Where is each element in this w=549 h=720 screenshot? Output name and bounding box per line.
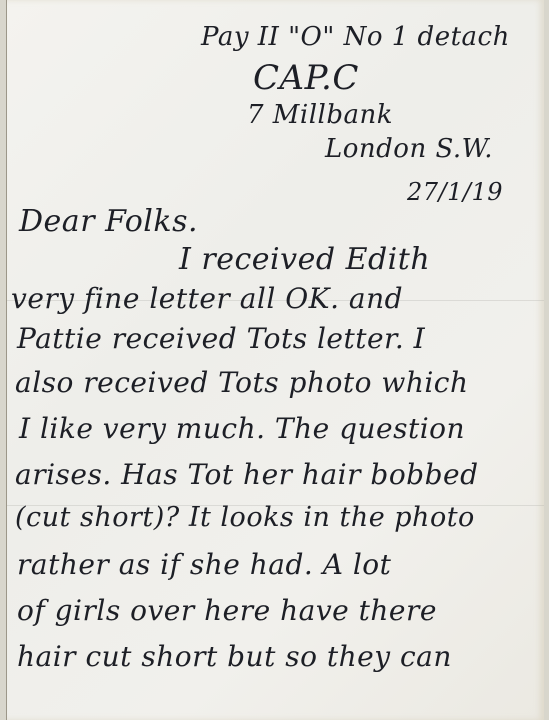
- body-line-6: arises. Has Tot her hair bobbed: [15, 458, 479, 491]
- header-line-street: 7 Millbank: [247, 100, 393, 130]
- body-line-5: I like very much. The question: [19, 412, 465, 445]
- header-line-unit: Pay II "O" No 1 detach: [201, 22, 510, 52]
- body-line-3: Pattie received Tots letter. I: [17, 322, 425, 355]
- body-line-9: of girls over here have there: [17, 594, 437, 627]
- letter-date: 27/1/19: [407, 178, 503, 206]
- letter-page: Pay II "O" No 1 detach CAP.C 7 Millbank …: [6, 0, 544, 720]
- body-line-2: very fine letter all OK. and: [11, 282, 403, 315]
- body-line-10: hair cut short but so they can: [17, 640, 452, 673]
- header-line-city: London S.W.: [325, 134, 493, 164]
- body-line-4: also received Tots photo which: [15, 366, 469, 399]
- body-line-1: I received Edith: [179, 242, 430, 277]
- body-line-8: rather as if she had. A lot: [17, 548, 391, 581]
- salutation: Dear Folks.: [19, 204, 198, 239]
- body-line-7: (cut short)? It looks in the photo: [15, 502, 475, 533]
- header-line-cap: CAP.C: [253, 58, 359, 98]
